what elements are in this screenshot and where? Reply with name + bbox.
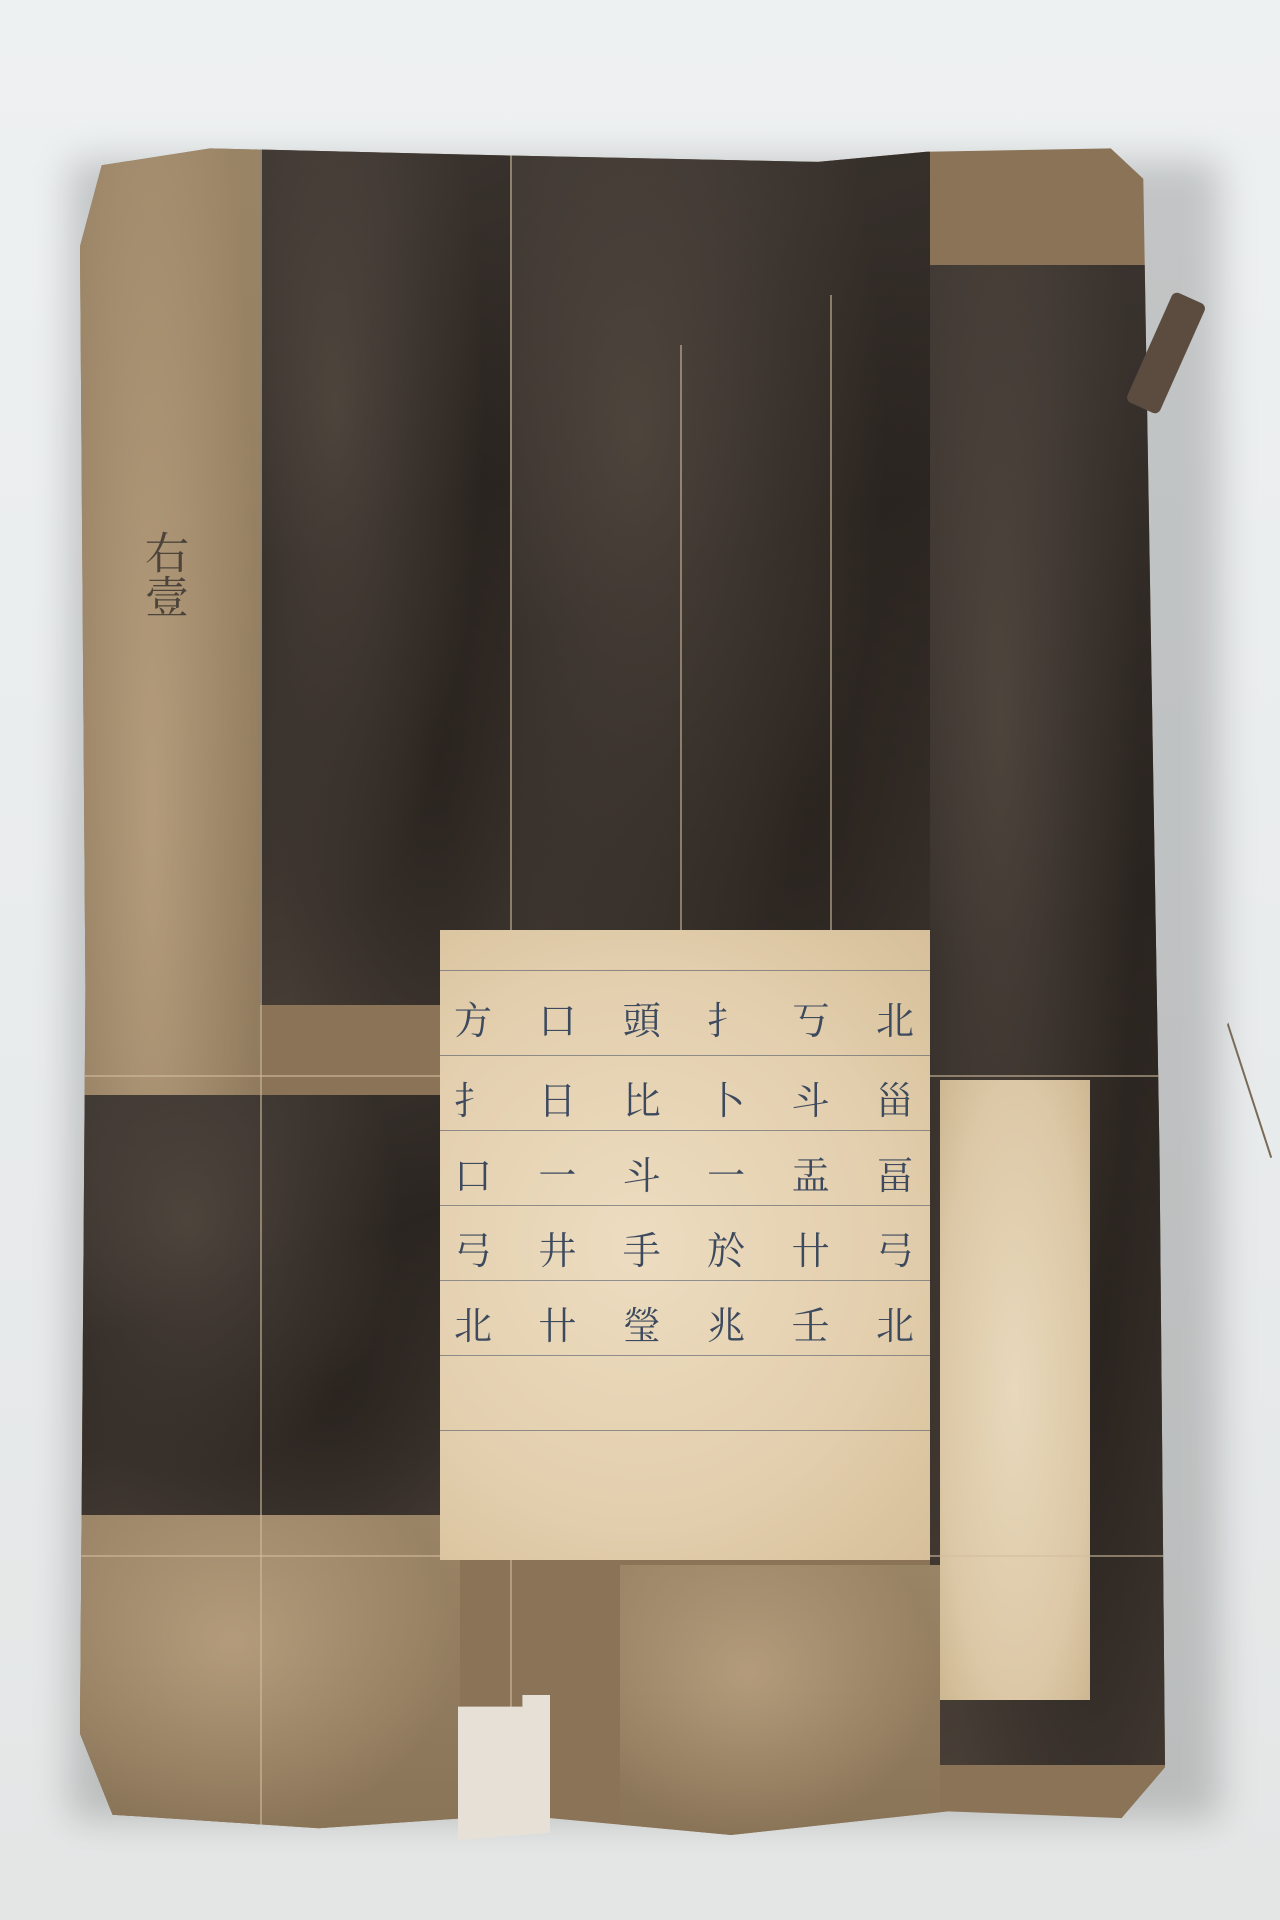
glyph: 北 <box>876 1295 916 1350</box>
handwritten-characters: 右壹 <box>130 530 194 618</box>
glyph: 口 <box>454 1145 494 1200</box>
glyph: 畐 <box>876 1145 916 1200</box>
glyph: 斗 <box>792 1070 832 1125</box>
glyph: 卜 <box>707 1070 747 1125</box>
glyph: 盂 <box>792 1145 832 1200</box>
ruled-line <box>440 1055 930 1056</box>
ruled-line <box>440 1355 930 1356</box>
glyph: 弓 <box>876 1220 916 1275</box>
ruled-line <box>440 1280 930 1281</box>
ruled-line <box>440 1430 930 1431</box>
glyph: 頭 <box>623 990 663 1045</box>
glyph: 一 <box>707 1145 747 1200</box>
text-row: 北 卄 瑩 兆 壬 北 <box>454 1295 916 1350</box>
glyph: 瑩 <box>623 1295 663 1350</box>
upper-left-dark-panel <box>260 145 510 1005</box>
glyph: 一 <box>538 1145 578 1200</box>
bottom-left-paper <box>80 1515 460 1835</box>
glyph: 方 <box>454 990 494 1045</box>
ruled-line <box>440 1130 930 1131</box>
text-row: 扌 日 比 卜 斗 甾 <box>454 1070 916 1125</box>
glyph: 扌 <box>454 1070 494 1125</box>
text-row: 方 口 頭 扌 丂 北 <box>454 990 916 1045</box>
handwritten-strip: 右壹 <box>100 220 270 820</box>
glyph: 手 <box>623 1220 663 1275</box>
glyph: 卄 <box>538 1295 578 1350</box>
glyph: 比 <box>623 1070 663 1125</box>
glyph: 甾 <box>876 1070 916 1125</box>
ruled-line <box>440 1205 930 1206</box>
glyph: 丂 <box>792 990 832 1045</box>
text-row: 弓 井 手 於 卄 弓 <box>454 1220 916 1275</box>
glyph: 口 <box>538 990 578 1045</box>
glyph: 北 <box>454 1295 494 1350</box>
glyph: 兆 <box>707 1295 747 1350</box>
glyph: 斗 <box>623 1145 663 1200</box>
glyph: 北 <box>876 990 916 1045</box>
glyph: 扌 <box>707 990 747 1045</box>
ruled-line <box>440 970 930 971</box>
bottom-center-patch <box>620 1565 940 1835</box>
glyph: 日 <box>538 1070 578 1125</box>
exposed-printed-page: 方 口 頭 扌 丂 北 扌 日 比 卜 斗 甾 口 一 斗 一 盂 畐 弓 井 … <box>440 930 930 1560</box>
text-row: 口 一 斗 一 盂 畐 <box>454 1145 916 1200</box>
glyph: 卄 <box>792 1220 832 1275</box>
white-paper-label <box>458 1695 550 1840</box>
glyph: 壬 <box>792 1295 832 1350</box>
glyph: 井 <box>538 1220 578 1275</box>
glyph: 於 <box>707 1220 747 1275</box>
right-paper-panel <box>940 1080 1090 1700</box>
glyph: 弓 <box>454 1220 494 1275</box>
